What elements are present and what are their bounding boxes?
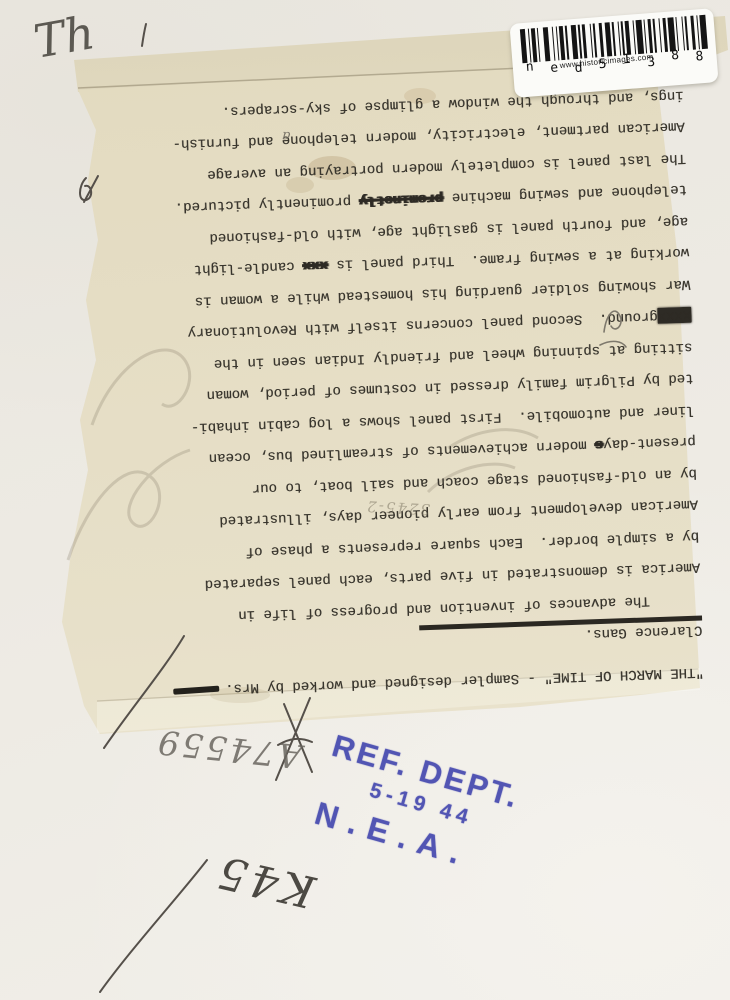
pencil-long-stroke [100, 860, 207, 992]
barcode-sticker: ned51388 www.historicimages.com [509, 8, 718, 98]
pencil-bottom-code: K45 [162, 834, 320, 917]
pencil-tick-mark [142, 24, 146, 46]
typed-caption: "THE MARCH OF TIME" - Sampler designed a… [118, 78, 705, 706]
ref-dept-stamp: REF. DEPT. 5-19 44 N.E.A. [309, 728, 524, 883]
photo-back: { "caption": { "lines": [ {"gap_after": … [0, 0, 730, 1000]
